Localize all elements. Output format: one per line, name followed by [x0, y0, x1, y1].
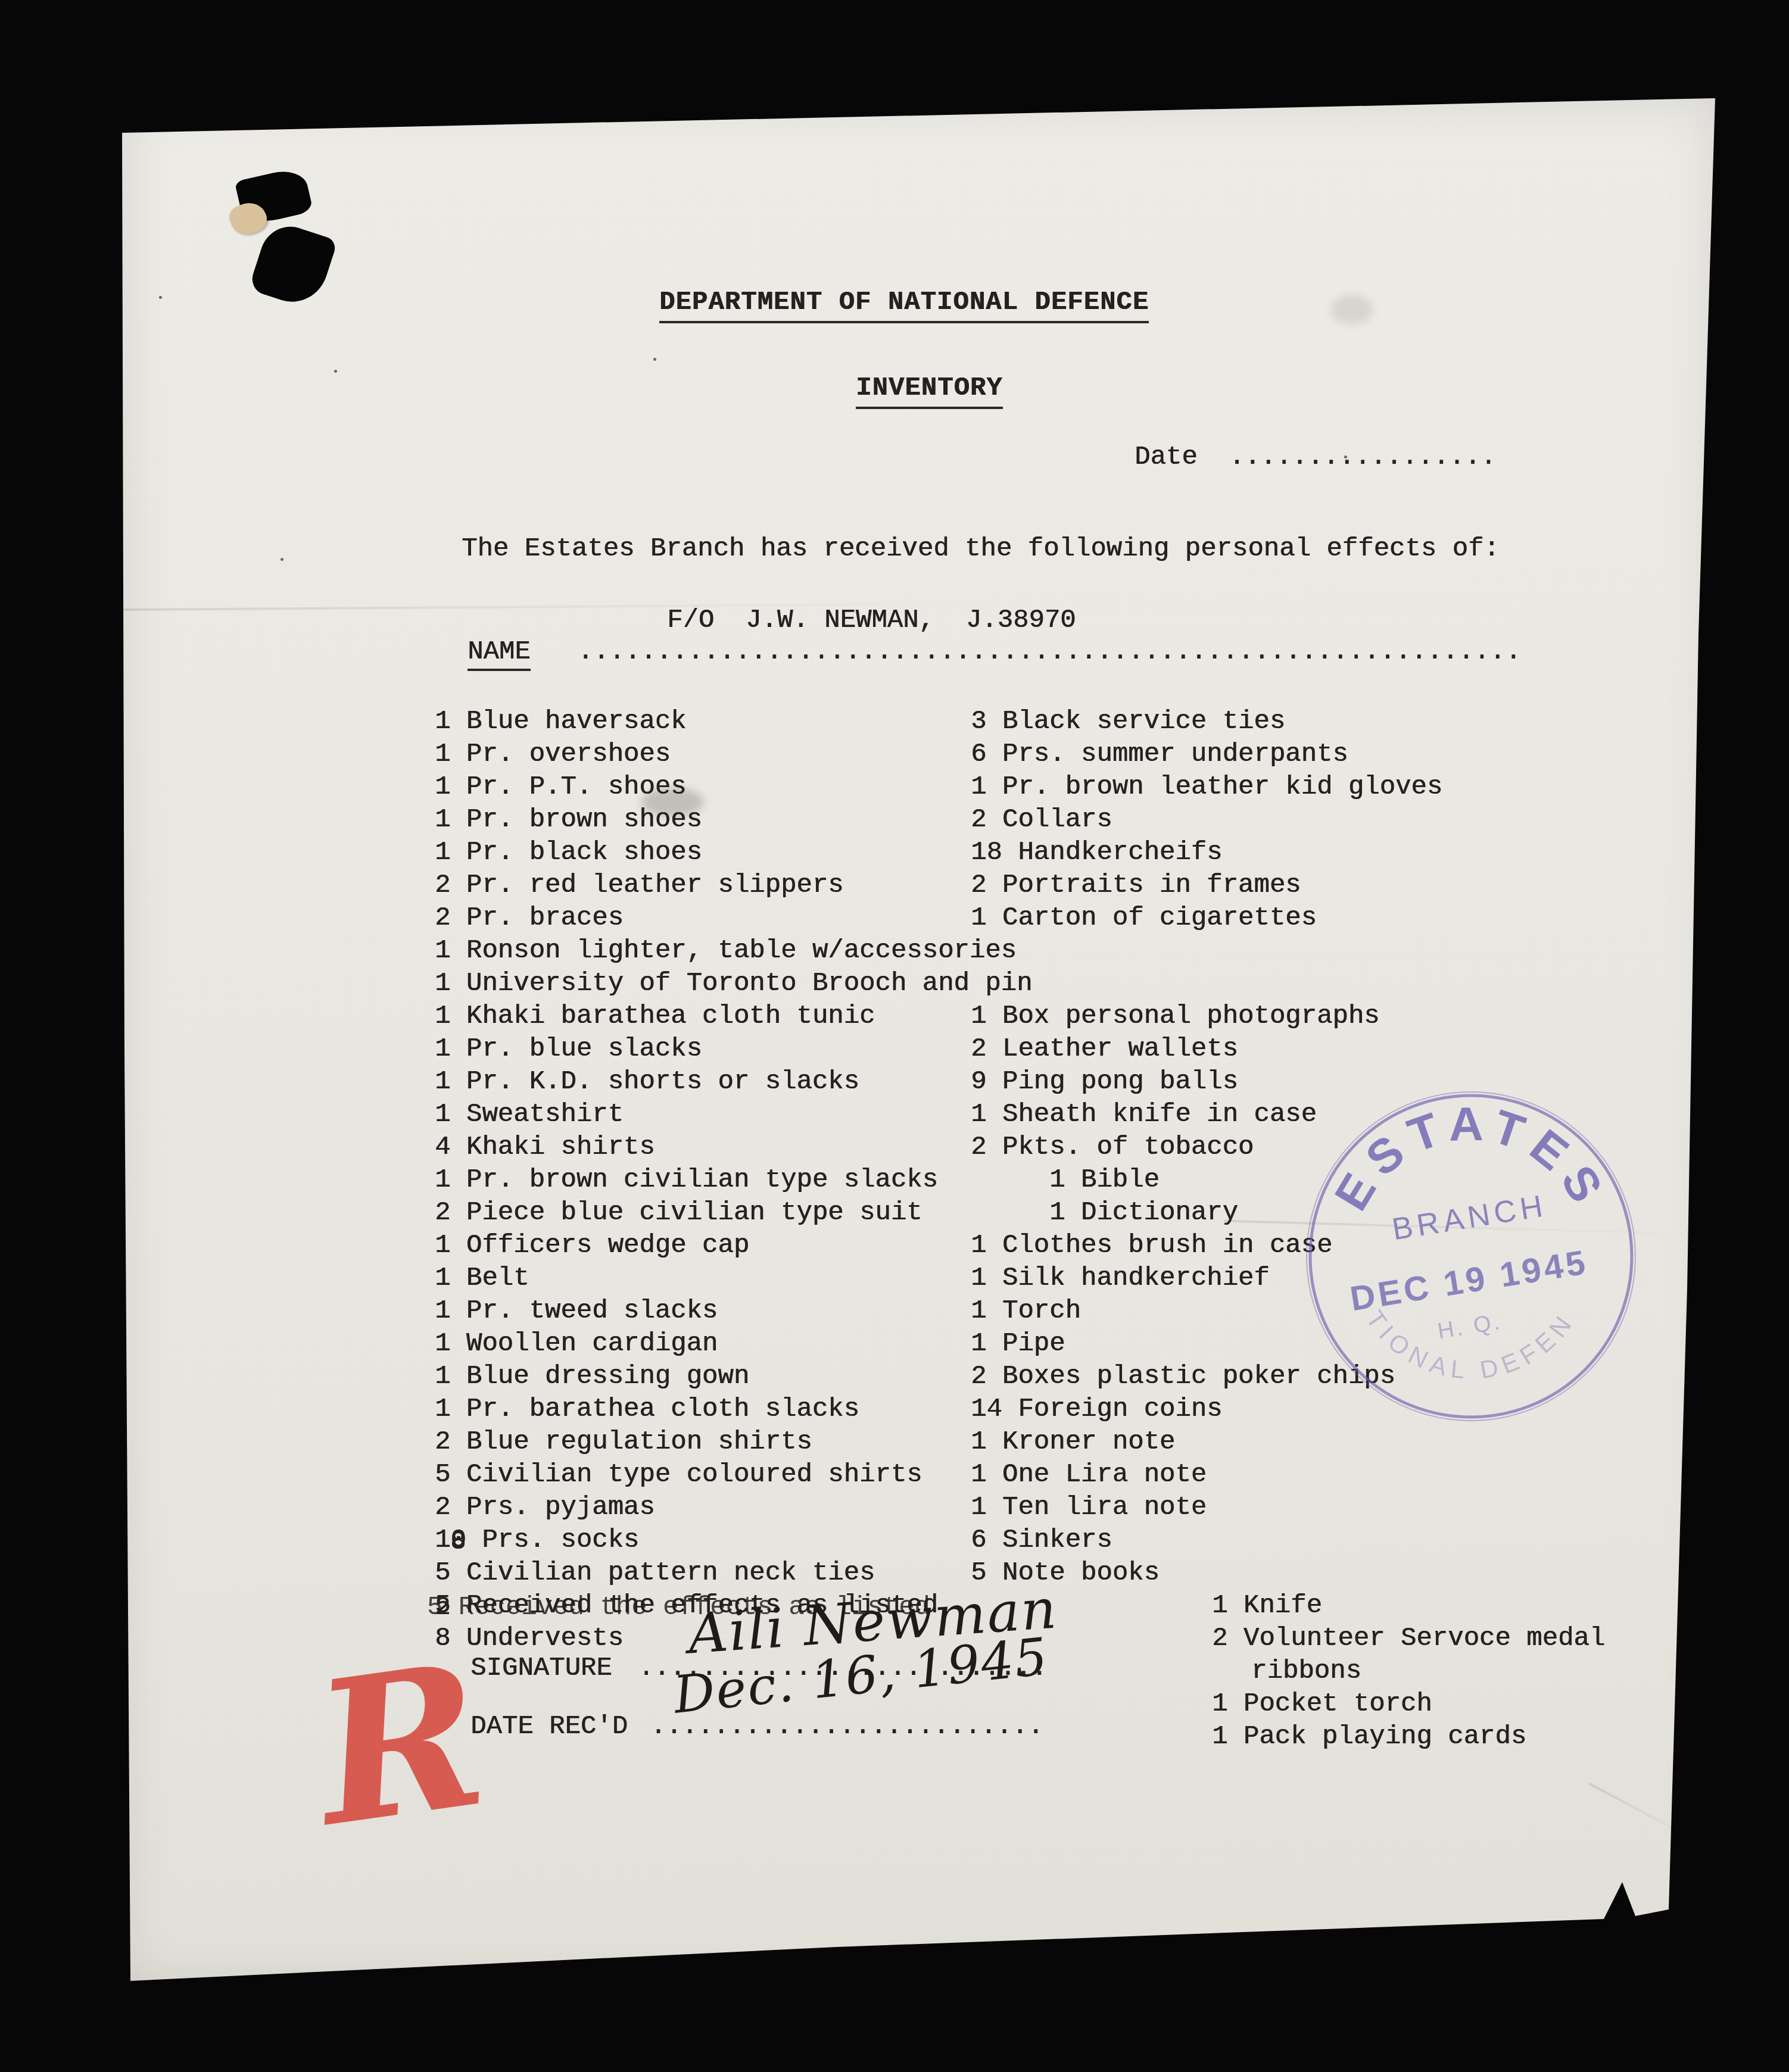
- date-dotted-line: .................: [1229, 442, 1496, 472]
- list-item: 1 Pr. brown leather kid gloves: [971, 771, 1638, 804]
- list-item: 6 Prs. summer underpants: [971, 738, 1638, 771]
- list-item: 1 Carton of cigarettes: [971, 902, 1638, 935]
- list-item: [971, 968, 1638, 1000]
- signature-label: SIGNATURE: [470, 1653, 612, 1683]
- name-label: NAME: [467, 637, 531, 671]
- list-item: 5 Note books: [971, 1557, 1638, 1590]
- paper-smudge: [1331, 295, 1373, 324]
- document-title: DEPARTMENT OF NATIONAL DEFENCE: [659, 288, 1149, 323]
- scanned-document-screenshot: { "page":{ "background":"#070707", "pape…: [0, 0, 1789, 2072]
- name-line: NAME ...................................…: [467, 637, 1521, 667]
- date-line: Date .................: [1135, 442, 1496, 472]
- list-item: 1 Pocket torch: [1212, 1688, 1688, 1721]
- inventory-right-subcolumn: 1 Knife2 Volunteer Servoce medalribbons1…: [1212, 1590, 1688, 1753]
- torn-hole: [248, 219, 338, 311]
- list-item: 1 One Lira note: [971, 1459, 1638, 1491]
- paper-speck: [280, 558, 283, 561]
- paper-crease: [1588, 1783, 1705, 1846]
- stamp-hq-text: H. Q.: [1436, 1309, 1504, 1344]
- paper-speck: [334, 370, 337, 373]
- overstruck-character: 2: [435, 1592, 450, 1624]
- name-dotted-line: ........................................…: [578, 637, 1521, 667]
- list-item: ribbons: [1212, 1655, 1688, 1688]
- document-page: DEPARTMENT OF NATIONAL DEFENCE INVENTORY…: [122, 98, 1715, 1986]
- paper-speck: [653, 358, 656, 361]
- name-value: F/O J.W. NEWMAN, J.38970: [667, 606, 1076, 635]
- list-item: 3 Black service ties: [971, 706, 1638, 738]
- list-item: 1 Ten lira note: [971, 1491, 1638, 1524]
- list-item: 1 Pack playing cards: [1212, 1721, 1688, 1753]
- paper-speck: [159, 296, 162, 299]
- list-item: 2 Volunteer Servoce medal: [1212, 1622, 1688, 1655]
- list-item: 2 Leather wallets: [971, 1033, 1638, 1066]
- list-item: 2 Portraits in frames: [971, 869, 1638, 902]
- list-item: 18 Handkercheifs: [971, 837, 1638, 869]
- list-item: [971, 935, 1638, 968]
- document-subtitle: INVENTORY: [856, 373, 1003, 409]
- date-label: Date: [1135, 442, 1198, 472]
- estates-branch-stamp: ESTATES BRANCH DEC 19 1945 H. Q. NATIONA…: [1292, 1078, 1650, 1435]
- red-pencil-mark: R: [306, 1636, 495, 1853]
- list-item: 6 Sinkers: [971, 1524, 1638, 1557]
- list-item: 1 Box personal photographs: [971, 1000, 1638, 1033]
- intro-text: The Estates Branch has received the foll…: [462, 534, 1500, 564]
- list-item: 2 Collars: [971, 804, 1638, 837]
- stamp-branch-text: BRANCH: [1390, 1188, 1549, 1247]
- list-item: 1 Knife: [1212, 1590, 1688, 1622]
- date-received-label: DATE REC'D: [470, 1712, 628, 1742]
- overstruck-character: 8: [450, 1526, 466, 1559]
